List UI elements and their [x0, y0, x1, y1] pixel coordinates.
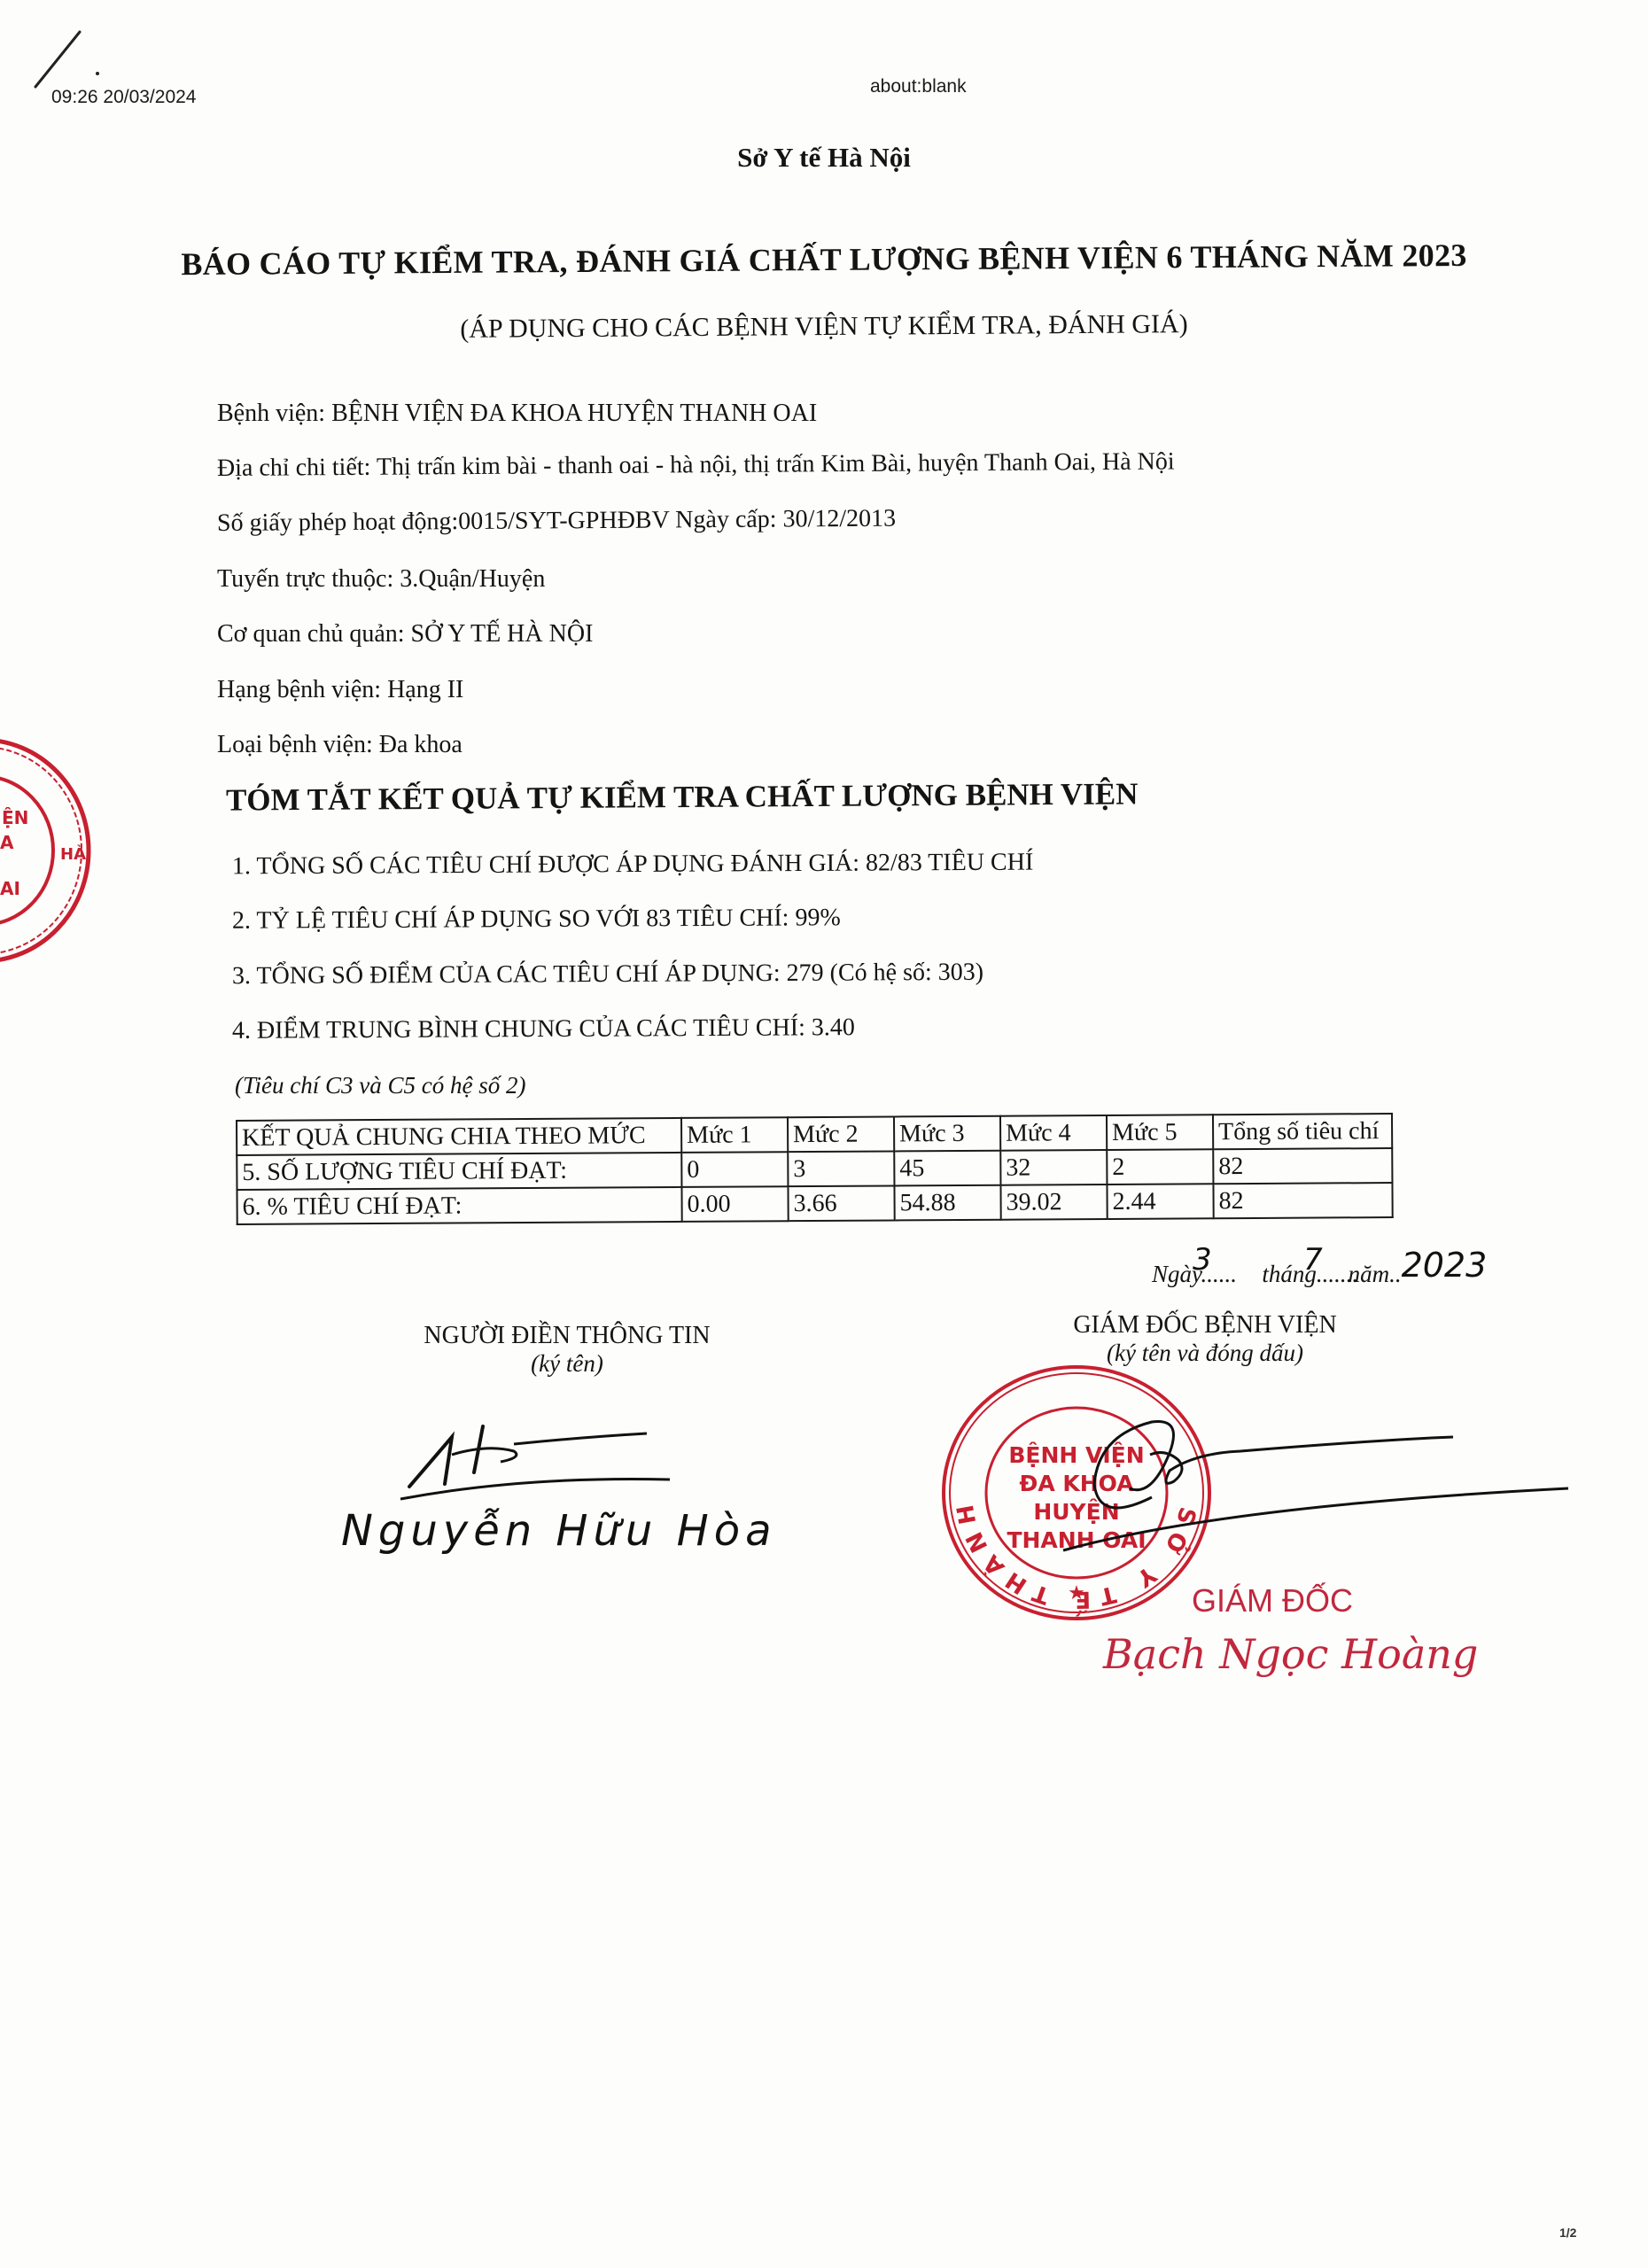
- print-timestamp: 09:26 20/03/2024: [51, 87, 197, 108]
- svg-text:★: ★: [1068, 1581, 1085, 1604]
- table-cell: 2: [1107, 1149, 1213, 1184]
- handwritten-day: 3: [1193, 1242, 1212, 1278]
- info-governing-body: Cơ quan chủ quản: SỞ Y TẾ HÀ NỘI: [217, 622, 593, 647]
- table-cell: 0: [681, 1152, 788, 1187]
- info-address: Địa chỉ chi tiết: Thị trấn kim bài - tha…: [217, 449, 1175, 481]
- edge-stamp-icon: ỆN A AI HÀ: [0, 726, 97, 975]
- table-cell: 82: [1213, 1148, 1392, 1184]
- summary-item: 4. ĐIỂM TRUNG BÌNH CHUNG CỦA CÁC TIÊU CH…: [232, 1014, 855, 1045]
- table-header-cell: Mức 3: [894, 1116, 1000, 1152]
- print-url: about:blank: [870, 76, 967, 97]
- filler-title: NGƯỜI ĐIỀN THÔNG TIN: [390, 1322, 744, 1350]
- svg-text:HÀ: HÀ: [60, 844, 86, 864]
- table-cell: 82: [1213, 1183, 1392, 1218]
- table-cell: 3.66: [788, 1185, 894, 1221]
- pen-mark-icon: [27, 25, 106, 96]
- info-rank: Hạng bệnh viện: Hạng II: [217, 678, 463, 703]
- table-cell: 2.44: [1107, 1184, 1213, 1219]
- report-title: BÁO CÁO TỰ KIỂM TRA, ĐÁNH GIÁ CHẤT LƯỢNG…: [177, 237, 1471, 283]
- table-header-cell: Mức 4: [1000, 1115, 1107, 1151]
- director-position: GIÁM ĐỐC: [1192, 1582, 1353, 1619]
- info-type: Loại bệnh viện: Đa khoa: [217, 733, 463, 757]
- table-cell: 3: [788, 1151, 894, 1186]
- director-signature-block: GIÁM ĐỐC BỆNH VIỆN (ký tên và đóng dấu): [1001, 1311, 1409, 1367]
- director-signature-icon: [1046, 1400, 1577, 1577]
- table-cell: 0.00: [681, 1186, 788, 1222]
- table-header-cell: KẾT QUẢ CHUNG CHIA THEO MỨC: [237, 1118, 681, 1155]
- table-cell: 54.88: [894, 1185, 1000, 1221]
- filler-signature-block: NGƯỜI ĐIỀN THÔNG TIN (ký tên): [390, 1322, 744, 1378]
- report-subtitle: (ÁP DỤNG CHO CÁC BỆNH VIỆN TỰ KIỂM TRA, …: [177, 307, 1471, 346]
- summary-item: 3. TỔNG SỐ ĐIỂM CỦA CÁC TIÊU CHÍ ÁP DỤNG…: [232, 959, 983, 990]
- page-number: 1/2: [1559, 2225, 1576, 2240]
- info-hospital: Bệnh viện: BỆNH VIỆN ĐA KHOA HUYỆN THANH…: [217, 401, 817, 426]
- coefficient-note: (Tiêu chí C3 và C5 có hệ số 2): [235, 1072, 525, 1099]
- department-heading: Sở Y tế Hà Nội: [0, 142, 1648, 174]
- svg-text:ỆN: ỆN: [2, 807, 28, 828]
- table-header-cell: Mức 5: [1107, 1115, 1213, 1150]
- info-tier: Tuyến trực thuộc: 3.Quận/Huyện: [217, 567, 545, 592]
- director-title: GIÁM ĐỐC BỆNH VIỆN: [1001, 1311, 1409, 1340]
- table-header-cell: Mức 1: [681, 1117, 788, 1153]
- filler-subtitle: (ký tên): [390, 1350, 744, 1378]
- table-cell: 39.02: [1000, 1184, 1107, 1220]
- filler-handwritten-name: Nguyễn Hữu Hòa: [341, 1506, 776, 1556]
- table-cell: 45: [894, 1151, 1000, 1186]
- date-line: Ngày......3 tháng.......7 năm..2023: [1152, 1251, 1522, 1290]
- director-name: Bạch Ngọc Hoàng: [1103, 1630, 1478, 1678]
- table-header-cell: Mức 2: [788, 1116, 894, 1152]
- handwritten-month: 7: [1303, 1242, 1323, 1278]
- summary-item: 1. TỔNG SỐ CÁC TIÊU CHÍ ĐƯỢC ÁP DỤNG ĐÁN…: [232, 849, 1033, 882]
- table-row: 6. % TIÊU CHÍ ĐẠT: 0.00 3.66 54.88 39.02…: [237, 1183, 1392, 1224]
- table-cell: 6. % TIÊU CHÍ ĐẠT:: [237, 1187, 681, 1224]
- table-header-cell: Tổng số tiêu chí: [1213, 1114, 1392, 1149]
- table-cell: 5. SỐ LƯỢNG TIÊU CHÍ ĐẠT:: [237, 1153, 681, 1190]
- handwritten-year: 2023: [1402, 1246, 1488, 1285]
- results-table: KẾT QUẢ CHUNG CHIA THEO MỨC Mức 1 Mức 2 …: [236, 1113, 1394, 1225]
- svg-text:AI: AI: [0, 878, 20, 899]
- summary-item: 2. TỶ LỆ TIÊU CHÍ ÁP DỤNG SO VỚI 83 TIÊU…: [232, 904, 841, 936]
- filler-signature-icon: [390, 1417, 673, 1515]
- summary-title: TÓM TẮT KẾT QUẢ TỰ KIỂM TRA CHẤT LƯỢNG B…: [226, 776, 1139, 818]
- svg-text:A: A: [0, 832, 14, 853]
- info-license: Số giấy phép hoạt động:0015/SYT-GPHĐBV N…: [217, 507, 896, 536]
- table-cell: 32: [1000, 1150, 1107, 1185]
